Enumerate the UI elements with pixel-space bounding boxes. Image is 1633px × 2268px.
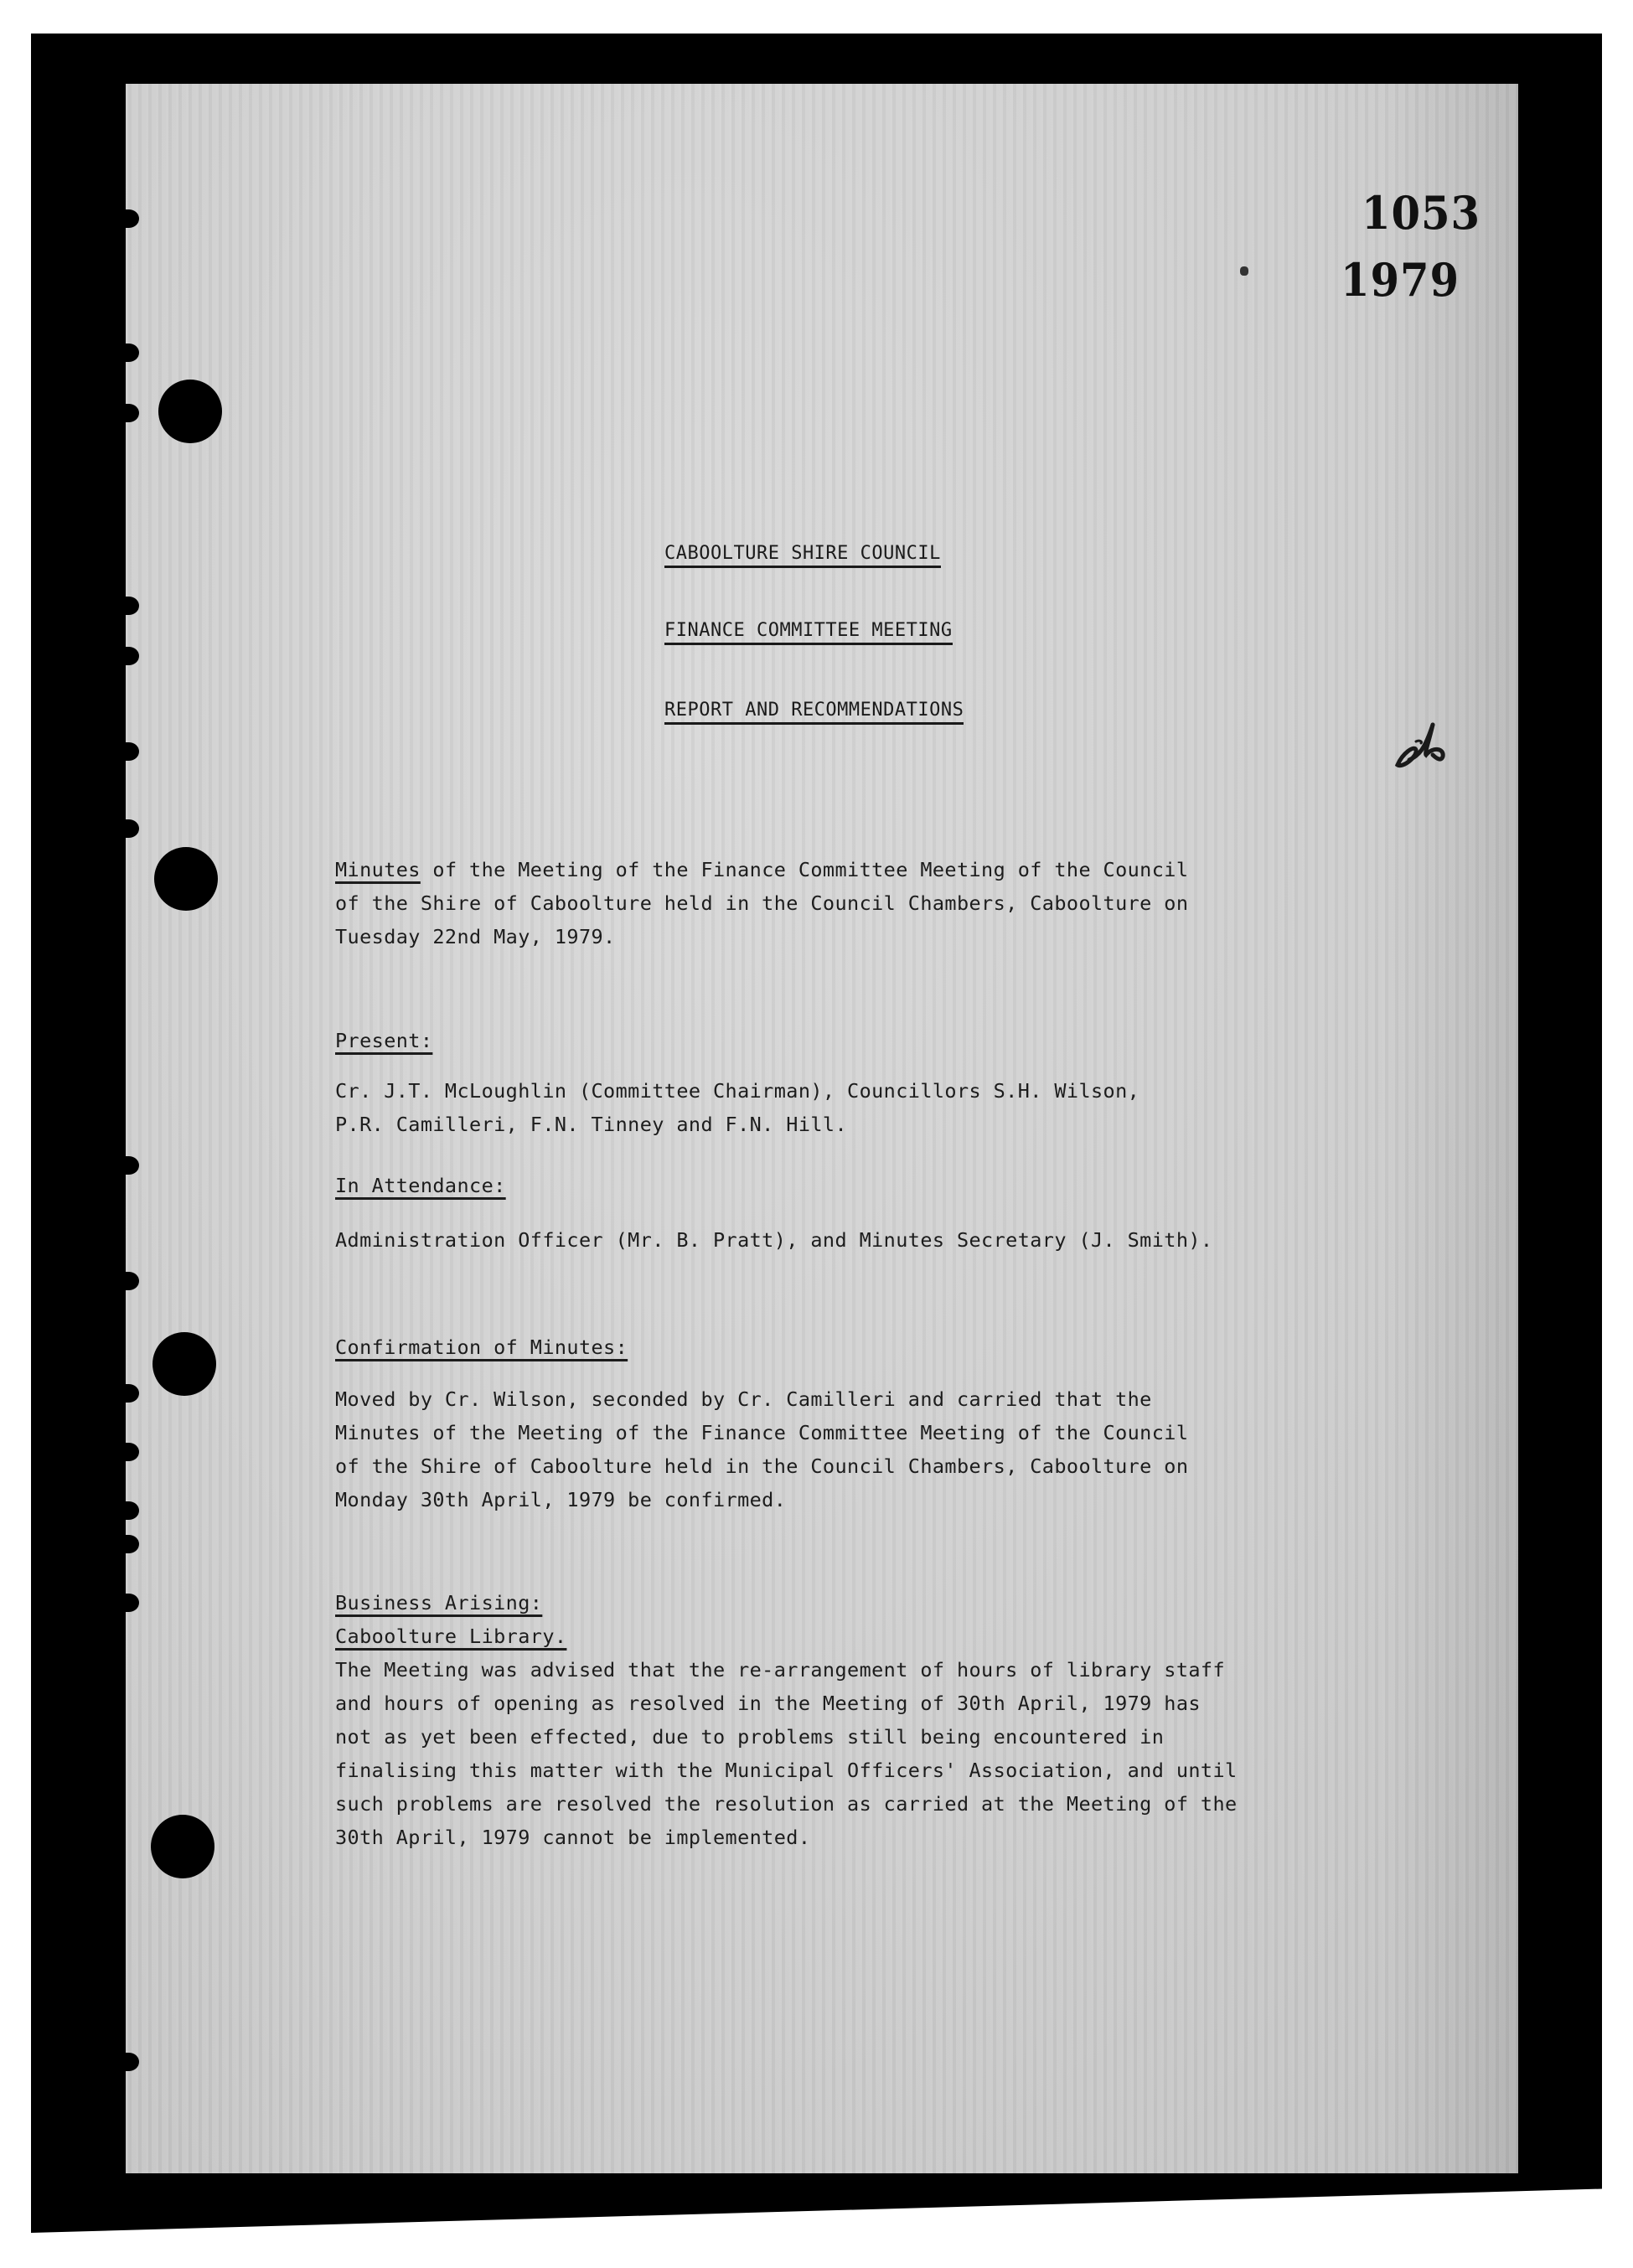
- minutes-label: Minutes: [335, 858, 421, 881]
- council-title-text: CABOOLTURE SHIRE COUNCIL: [664, 543, 941, 568]
- confirmation-heading-text: Confirmation of Minutes:: [335, 1335, 628, 1359]
- report-title-text: REPORT AND RECOMMENDATIONS: [664, 700, 964, 725]
- paragraph-line: Monday 30th April, 1979 be confirmed.: [335, 1483, 1416, 1516]
- handwritten-initials-icon: [1391, 716, 1458, 775]
- paragraph-line: not as yet been effected, due to problem…: [335, 1720, 1416, 1754]
- edge-notch: [119, 1156, 139, 1175]
- paragraph-line: Minutes of the Meeting of the Finance Co…: [335, 1416, 1416, 1449]
- confirmation-heading: Confirmation of Minutes:: [335, 1330, 1416, 1364]
- attendance-paragraph: Administration Officer (Mr. B. Pratt), a…: [335, 1223, 1416, 1257]
- edge-notch: [119, 819, 139, 838]
- paragraph-line: of the Shire of Caboolture held in the C…: [335, 1449, 1416, 1483]
- punch-hole: [158, 380, 222, 443]
- edge-notch: [119, 1535, 139, 1553]
- paragraph-line: of the Shire of Caboolture held in the C…: [335, 886, 1416, 920]
- edge-notch: [119, 1384, 139, 1403]
- confirmation-paragraph: Moved by Cr. Wilson, seconded by Cr. Cam…: [335, 1382, 1416, 1516]
- present-heading: Present:: [335, 1024, 1416, 1057]
- punch-hole: [151, 1815, 214, 1878]
- business-arising-heading: Business Arising:: [335, 1591, 542, 1614]
- paragraph-line: 30th April, 1979 cannot be implemented.: [335, 1821, 1416, 1854]
- paragraph-line: finalising this matter with the Municipa…: [335, 1754, 1416, 1787]
- present-paragraph: Cr. J.T. McLoughlin (Committee Chairman)…: [335, 1074, 1416, 1141]
- minutes-intro-paragraph: Minutes of the Meeting of the Finance Co…: [335, 853, 1416, 953]
- library-subheading: Caboolture Library.: [335, 1625, 566, 1648]
- meeting-title-text: FINANCE COMMITTEE MEETING: [664, 620, 953, 645]
- edge-notch: [119, 597, 139, 615]
- paragraph-line: of the Meeting of the Finance Committee …: [421, 858, 1189, 881]
- edge-notch: [119, 1594, 139, 1612]
- edge-notch: [119, 647, 139, 665]
- edge-notch: [119, 2053, 139, 2071]
- edge-notch: [119, 1443, 139, 1461]
- paragraph-line: P.R. Camilleri, F.N. Tinney and F.N. Hil…: [335, 1108, 1416, 1141]
- page-number-stamp: 1053: [1362, 186, 1481, 240]
- attendance-heading: In Attendance:: [335, 1169, 1416, 1202]
- punch-hole: [154, 847, 218, 911]
- attendance-heading-text: In Attendance:: [335, 1174, 506, 1197]
- meeting-title: FINANCE COMMITTEE MEETING: [0, 620, 1633, 645]
- edge-notch: [119, 209, 139, 228]
- edge-notch: [119, 742, 139, 761]
- punch-hole: [152, 1332, 216, 1396]
- paragraph-line: and hours of opening as resolved in the …: [335, 1687, 1416, 1720]
- edge-notch: [119, 404, 139, 422]
- edge-notch: [119, 1272, 139, 1290]
- council-title: CABOOLTURE SHIRE COUNCIL: [0, 543, 1633, 568]
- paragraph-line: Tuesday 22nd May, 1979.: [335, 920, 1416, 953]
- edge-notch: [119, 1501, 139, 1520]
- report-title: REPORT AND RECOMMENDATIONS: [0, 700, 1633, 725]
- ink-speck: [1240, 266, 1248, 276]
- edge-notch: [119, 344, 139, 362]
- paragraph-line: such problems are resolved the resolutio…: [335, 1787, 1416, 1821]
- paragraph-line: Moved by Cr. Wilson, seconded by Cr. Cam…: [335, 1382, 1416, 1416]
- paragraph-line: Administration Officer (Mr. B. Pratt), a…: [335, 1223, 1416, 1257]
- paragraph-line: Cr. J.T. McLoughlin (Committee Chairman)…: [335, 1074, 1416, 1108]
- paragraph-line: The Meeting was advised that the re-arra…: [335, 1653, 1416, 1687]
- business-arising-section: Business Arising: Caboolture Library. Th…: [335, 1586, 1416, 1854]
- present-heading-text: Present:: [335, 1029, 432, 1052]
- year-stamp: 1979: [1341, 253, 1460, 307]
